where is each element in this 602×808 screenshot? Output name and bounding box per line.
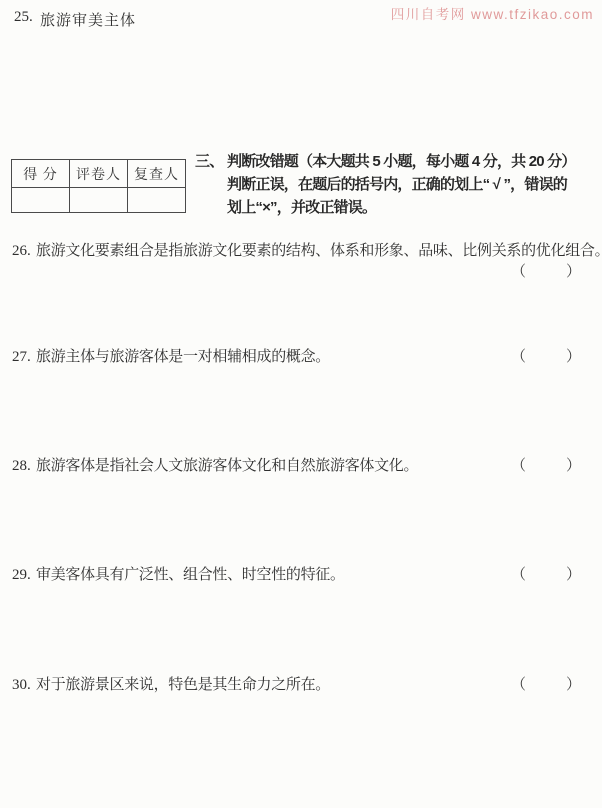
question-26-answer-parentheses: （ ） [511, 262, 581, 282]
score-table-header-row: 得 分 评卷人 复查人 [12, 160, 186, 188]
score-table-header-score: 得 分 [12, 160, 70, 188]
close-paren: ） [566, 565, 581, 585]
question-26-number: 26. [12, 241, 31, 261]
question-25-number: 25. [14, 9, 33, 26]
section-3-instructions: 判断改错题（本大题共 5 小题，每小题 4 分，共 20 分） 判断正误，在题后… [227, 150, 587, 219]
section-3-heading: 三、 判断改错题（本大题共 5 小题，每小题 4 分，共 20 分） 判断正误，… [195, 150, 587, 219]
section-3-line-3: 划上“×”，并改正错误。 [227, 196, 587, 219]
open-paren: （ [511, 456, 526, 476]
open-paren: （ [511, 565, 526, 585]
question-28-answer-parentheses: （ ） [511, 456, 581, 476]
close-paren: ） [566, 456, 581, 476]
question-25-text: 旅游审美主体 [40, 9, 136, 30]
score-cell-empty [12, 188, 70, 213]
open-paren: （ [511, 675, 526, 695]
question-29-number: 29. [12, 565, 31, 585]
question-26-text: 旅游文化要素组合是指旅游文化要素的结构、体系和形象、品味、比例关系的优化组合。 [36, 241, 602, 261]
close-paren: ） [566, 262, 581, 282]
close-paren: ） [566, 675, 581, 695]
score-table: 得 分 评卷人 复查人 [11, 159, 186, 213]
question-30-number: 30. [12, 675, 31, 695]
question-28-number: 28. [12, 456, 31, 476]
section-3-line-2: 判断正误，在题后的括号内，正确的划上“ √ ”，错误的 [227, 173, 587, 196]
question-27-number: 27. [12, 347, 31, 367]
score-table-header-reviewer: 复查人 [128, 160, 186, 188]
exam-page: 四川自考网 www.tfzikao.com 25. 旅游审美主体 得 分 评卷人… [0, 0, 602, 808]
question-27-answer-parentheses: （ ） [511, 347, 581, 367]
close-paren: ） [566, 347, 581, 367]
question-29-answer-parentheses: （ ） [511, 565, 581, 585]
score-table-header-grader: 评卷人 [70, 160, 128, 188]
grader-cell-empty [70, 188, 128, 213]
open-paren: （ [511, 262, 526, 282]
reviewer-cell-empty [128, 188, 186, 213]
open-paren: （ [511, 347, 526, 367]
watermark: 四川自考网 www.tfzikao.com [391, 3, 594, 23]
question-30-answer-parentheses: （ ） [511, 675, 581, 695]
score-table-empty-row [12, 188, 186, 213]
section-3-marker: 三、 [195, 150, 227, 219]
section-3-line-1: 判断改错题（本大题共 5 小题，每小题 4 分，共 20 分） [227, 150, 587, 173]
